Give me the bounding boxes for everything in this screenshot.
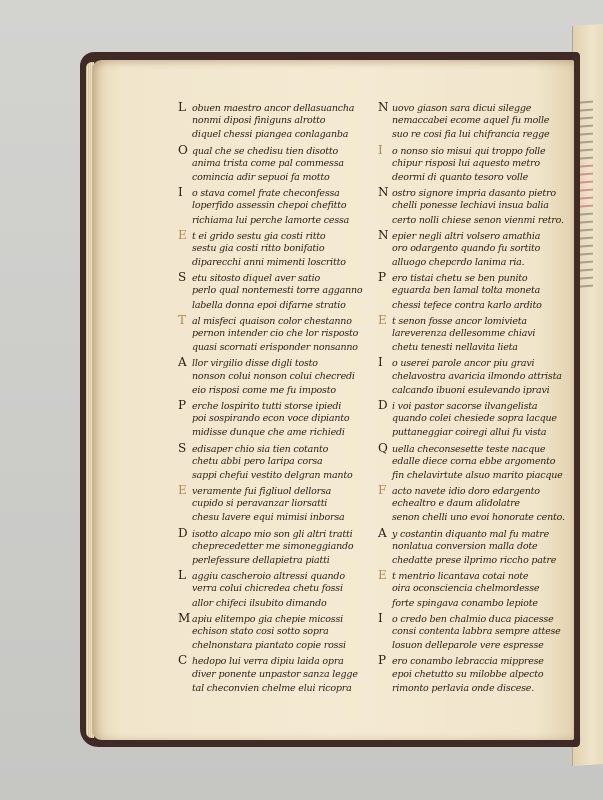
verse-line: forte spingava conambo lepiote — [378, 597, 568, 611]
verse-line: calcando ibuoni esulevando ipravi — [378, 384, 568, 398]
verse-line: Nuovo giason sara dicui silegge — [378, 100, 568, 114]
initial-letter: L — [178, 100, 192, 114]
initial-letter: M — [178, 611, 192, 625]
verse-line: diquel chessi piangea conlaganba — [178, 128, 368, 142]
verse-text: quasi scornati erisponder nonsanno — [192, 342, 358, 353]
initial-letter: A — [178, 355, 192, 369]
verse-line: Tal misfeci quaison color chestanno — [178, 313, 368, 327]
initial-letter: D — [178, 526, 192, 540]
verse-line: cheprecedetter me simoneggiando — [178, 540, 368, 554]
verse-line: deormi di quanto tesoro volle — [378, 171, 568, 185]
verse-line: diparecchi anni mimenti loscritto — [178, 256, 368, 270]
verse-text: diparecchi anni mimenti loscritto — [192, 257, 346, 268]
verse-text: edalle diece corna ebbe argomento — [392, 456, 555, 467]
verse-text: i voi pastor sacorse ilvangelista — [392, 401, 537, 412]
verse-line: Et mentrio licantava cotai note — [378, 568, 568, 582]
verse-text: nonlatua conversion malla dote — [392, 541, 537, 552]
initial-letter: P — [178, 398, 192, 412]
left-text-column: Lobuen maestro ancor dellasuanchanonmi d… — [178, 100, 368, 696]
verse-text: allor chifeci ilsubito dimando — [192, 598, 326, 609]
verse-text: chipur risposi lui aquesto metro — [392, 158, 540, 169]
verse-line: oro odargento quando fu sortito — [378, 242, 568, 256]
verse-line: eio risposi come me fu imposto — [178, 384, 368, 398]
verse-line: pernon intender cio che lor risposto — [178, 327, 368, 341]
verse-text: tal checonvien chelme elui ricopra — [192, 683, 352, 694]
verse-text: oira oconsciencia chelmordesse — [392, 583, 539, 594]
verse-text: epoi chetutto su milobbe alpecto — [392, 669, 543, 680]
verse-line: loperfido assessin chepoi chefitto — [178, 199, 368, 213]
verse-text: eguarda ben lamal tolta moneta — [392, 285, 540, 296]
verse-line: allor chifeci ilsubito dimando — [178, 597, 368, 611]
verse-text: chelli ponesse lechiavi insua balia — [392, 200, 549, 211]
verse-line: edalle diece corna ebbe argomento — [378, 455, 568, 469]
verse-line: Chedopo lui verra dipiu laida opra — [178, 653, 368, 667]
verse-line: perlo qual nontemesti torre agganno — [178, 284, 368, 298]
verse-text: isotto alcapo mio son gli altri tratti — [192, 529, 352, 540]
verse-line: Sedisaper chio sia tien cotanto — [178, 441, 368, 455]
verse-text: chedatte prese ilprimo riccho patre — [392, 555, 556, 566]
verse-line: chelli ponesse lechiavi insua balia — [378, 199, 568, 213]
verse-line: Lobuen maestro ancor dellasuancha — [178, 100, 368, 114]
verse-text: acto navete idio doro edargento — [392, 486, 540, 497]
verse-text: rimonto perlavia onde discese. — [392, 683, 534, 694]
verse-line: consi contenta labbra sempre attese — [378, 625, 568, 639]
verse-text: losuon delleparole vere espresse — [392, 640, 544, 651]
right-text-column: Nuovo giason sara dicui sileggenemaccabe… — [378, 100, 568, 696]
verse-text: al misfeci quaison color chestanno — [192, 316, 352, 327]
verse-text: uella checonsesette teste nacque — [392, 444, 545, 455]
verse-line: Io nonso sio misui qui troppo folle — [378, 143, 568, 157]
initial-letter: I — [378, 611, 392, 625]
verse-line: fin chelavirtute alsuo marito piacque — [378, 469, 568, 483]
verse-text: labella donna epoi difarne stratio — [192, 300, 346, 311]
verse-text: llor virgilio disse digli tosto — [192, 358, 318, 369]
verse-line: chelnonstara piantato copie rossi — [178, 639, 368, 653]
verse-line: Pero conambo lebraccia mipprese — [378, 653, 568, 667]
verse-text: eio risposi come me fu imposto — [192, 385, 336, 396]
verse-line: chetu abbi pero laripa corsa — [178, 455, 368, 469]
verse-line: Mapiu elitempo gia chepie micossi — [178, 611, 368, 625]
verse-text: verra colui chicredea chetu fossi — [192, 583, 343, 594]
verse-text: etu sitosto diquel aver satio — [192, 273, 320, 284]
verse-text: puttaneggiar coiregi allui fu vista — [392, 427, 546, 438]
verse-line: alluogo chepcrdo lanima ria. — [378, 256, 568, 270]
verse-text: loperfido assessin chepoi chefitto — [192, 200, 346, 211]
verse-line: chedatte prese ilprimo riccho patre — [378, 554, 568, 568]
verse-text: fin chelavirtute alsuo marito piacque — [392, 470, 563, 481]
initial-letter: I — [178, 185, 192, 199]
verse-text: calcando ibuoni esulevando ipravi — [392, 385, 549, 396]
verse-text: edisaper chio sia tien cotanto — [192, 444, 328, 455]
initial-letter: N — [378, 185, 392, 199]
verse-text: oro odargento quando fu sortito — [392, 243, 540, 254]
verse-line: eguarda ben lamal tolta moneta — [378, 284, 568, 298]
initial-letter: A — [378, 526, 392, 540]
verse-line: Io userei parole ancor piu gravi — [378, 355, 568, 369]
verse-text: epier negli altri volsero amathia — [392, 231, 540, 242]
verse-text: poi sospirando econ voce dipianto — [192, 413, 349, 424]
verse-line: tal checonvien chelme elui ricopra — [178, 682, 368, 696]
verse-text: cheprecedetter me simoneggiando — [192, 541, 353, 552]
verse-text: sappi chefui vestito delgran manto — [192, 470, 353, 481]
verse-line: epoi chetutto su milobbe alpecto — [378, 668, 568, 682]
verse-text: o credo ben chalmio duca piacesse — [392, 614, 554, 625]
verse-line: Perche lospirito tutti storse ipiedi — [178, 398, 368, 412]
verse-line: Everamente fui figliuol dellorsa — [178, 483, 368, 497]
verse-text: echealtro e daum alidolatre — [392, 498, 520, 509]
verse-text: perlefessure dellapietra piatti — [192, 555, 330, 566]
initial-letter: L — [178, 568, 192, 582]
verse-text: apiu elitempo gia chepie micossi — [192, 614, 343, 625]
verse-line: puttaneggiar coiregi allui fu vista — [378, 426, 568, 440]
verse-line: anima trista come pal commessa — [178, 157, 368, 171]
verse-text: ostro signore impria dasanto pietro — [392, 188, 556, 199]
verse-text: t mentrio licantava cotai note — [392, 571, 528, 582]
initial-letter: C — [178, 653, 192, 667]
initial-letter: P — [378, 270, 392, 284]
verse-line: Oqual che se chedisu tien disotto — [178, 143, 368, 157]
verse-line: Io credo ben chalmio duca piacesse — [378, 611, 568, 625]
verse-text: chesu lavere equi mimisi inborsa — [192, 512, 345, 523]
verse-text: t senon fosse ancor lomivieta — [392, 316, 527, 327]
verse-text: nemaccabei ecome aquel fu molle — [392, 115, 549, 126]
verse-line: Setu sitosto diquel aver satio — [178, 270, 368, 284]
verse-text: diquel chessi piangea conlaganba — [192, 129, 348, 140]
verse-text: pernon intender cio che lor risposto — [192, 328, 358, 339]
verse-text: ero tistai chetu se ben punito — [392, 273, 527, 284]
initial-letter: D — [378, 398, 392, 412]
verse-line: Io stava comel frate checonfessa — [178, 185, 368, 199]
verse-line: certo nolli chiese senon vienmi retro. — [378, 214, 568, 228]
verse-line: nemaccabei ecome aquel fu molle — [378, 114, 568, 128]
verse-text: consi contenta labbra sempre attese — [392, 626, 561, 637]
verse-text: erche lospirito tutti storse ipiedi — [192, 401, 341, 412]
initial-letter: E — [178, 228, 192, 242]
initial-letter: S — [178, 270, 192, 284]
verse-line: midisse dunque che ame richiedi — [178, 426, 368, 440]
verse-text: senon chelli uno evoi honorate cento. — [392, 512, 565, 523]
initial-letter: P — [378, 653, 392, 667]
verse-text: cupido si peravanzar liorsatti — [192, 498, 327, 509]
verse-line: Et senon fosse ancor lomivieta — [378, 313, 568, 327]
verse-text: richiama lui perche lamorte cessa — [192, 215, 349, 226]
verse-line: suo re cosi fia lui chifrancia regge — [378, 128, 568, 142]
verse-line: quando colei chesiede sopra lacque — [378, 412, 568, 426]
facing-page-marks — [579, 94, 597, 425]
initial-letter: I — [378, 143, 392, 157]
verse-line: oira oconsciencia chelmordesse — [378, 582, 568, 596]
verse-text: veramente fui figliuol dellorsa — [192, 486, 331, 497]
verse-line: chipur risposi lui aquesto metro — [378, 157, 568, 171]
verse-line: Nepier negli altri volsero amathia — [378, 228, 568, 242]
verse-text: certo nolli chiese senon vienmi retro. — [392, 215, 564, 226]
verse-text: ero conambo lebraccia mipprese — [392, 656, 544, 667]
verse-text: qual che se chedisu tien disotto — [192, 146, 338, 157]
verse-text: hedopo lui verra dipiu laida opra — [192, 656, 344, 667]
verse-text: nonson colui nonson colui checredi — [192, 371, 355, 382]
verse-line: chessi tefece contra karlo ardito — [378, 299, 568, 313]
verse-line: diver ponente unpastor sanza legge — [178, 668, 368, 682]
initial-letter: I — [378, 355, 392, 369]
verse-line: Disotto alcapo mio son gli altri tratti — [178, 526, 368, 540]
verse-text: uovo giason sara dicui silegge — [392, 103, 531, 114]
initial-letter: S — [178, 441, 192, 455]
initial-letter: E — [378, 568, 392, 582]
verse-line: chetu tenesti nellavita lieta — [378, 341, 568, 355]
verse-line: Ay costantin diquanto mal fu matre — [378, 526, 568, 540]
verse-line: comincia adir sepuoi fa motto — [178, 171, 368, 185]
verse-text: sestu gia costi ritto bonifatio — [192, 243, 324, 254]
verse-line: chesu lavere equi mimisi inborsa — [178, 511, 368, 525]
verse-line: rimonto perlavia onde discese. — [378, 682, 568, 696]
verse-text: forte spingava conambo lepiote — [392, 598, 538, 609]
verse-line: sestu gia costi ritto bonifatio — [178, 242, 368, 256]
verse-text: quando colei chesiede sopra lacque — [392, 413, 557, 424]
verse-text: anima trista come pal commessa — [192, 158, 344, 169]
verse-line: echealtro e daum alidolatre — [378, 497, 568, 511]
verse-text: suo re cosi fia lui chifrancia regge — [392, 129, 549, 140]
verse-text: chelavostra avaricia ilmondo attrista — [392, 371, 562, 382]
verse-line: Facto navete idio doro edargento — [378, 483, 568, 497]
verse-text: perlo qual nontemesti torre agganno — [192, 285, 362, 296]
initial-letter: Q — [378, 441, 392, 455]
verse-text: comincia adir sepuoi fa motto — [192, 172, 330, 183]
verse-text: alluogo chepcrdo lanima ria. — [392, 257, 524, 268]
initial-letter: T — [178, 313, 192, 327]
verse-line: Di voi pastor sacorse ilvangelista — [378, 398, 568, 412]
verse-line: perlefessure dellapietra piatti — [178, 554, 368, 568]
verse-text: chelnonstara piantato copie rossi — [192, 640, 346, 651]
verse-text: echison stato cosi sotto sopra — [192, 626, 329, 637]
verse-line: nonlatua conversion malla dote — [378, 540, 568, 554]
verse-line: cupido si peravanzar liorsatti — [178, 497, 368, 511]
verse-line: chelavostra avaricia ilmondo attrista — [378, 370, 568, 384]
initial-letter: N — [378, 100, 392, 114]
verse-text: diver ponente unpastor sanza legge — [192, 669, 358, 680]
verse-text: t ei grido sestu gia costi ritto — [192, 231, 325, 242]
verse-line: echison stato cosi sotto sopra — [178, 625, 368, 639]
initial-letter: E — [378, 313, 392, 327]
verse-line: quasi scornati erisponder nonsanno — [178, 341, 368, 355]
verse-text: o nonso sio misui qui troppo folle — [392, 146, 545, 157]
verse-line: nonson colui nonson colui checredi — [178, 370, 368, 384]
verse-line: Allor virgilio disse digli tosto — [178, 355, 368, 369]
verse-line: nonmi diposi finiguns alrotto — [178, 114, 368, 128]
verse-text: chetu abbi pero laripa corsa — [192, 456, 322, 467]
verse-text: y costantin diquanto mal fu matre — [392, 529, 549, 540]
verse-line: lareverenza dellesomme chiavi — [378, 327, 568, 341]
verse-line: sappi chefui vestito delgran manto — [178, 469, 368, 483]
verse-text: deormi di quanto tesoro volle — [392, 172, 528, 183]
verse-line: senon chelli uno evoi honorate cento. — [378, 511, 568, 525]
verse-text: chessi tefece contra karlo ardito — [392, 300, 542, 311]
verse-text: obuen maestro ancor dellasuancha — [192, 103, 354, 114]
verse-line: Quella checonsesette teste nacque — [378, 441, 568, 455]
verse-line: poi sospirando econ voce dipianto — [178, 412, 368, 426]
verse-line: verra colui chicredea chetu fossi — [178, 582, 368, 596]
verse-text: lareverenza dellesomme chiavi — [392, 328, 535, 339]
verse-line: Laggiu cascheroio altressi quando — [178, 568, 368, 582]
verse-text: o userei parole ancor piu gravi — [392, 358, 534, 369]
verse-text: o stava comel frate checonfessa — [192, 188, 340, 199]
verse-line: labella donna epoi difarne stratio — [178, 299, 368, 313]
verse-line: losuon delleparole vere espresse — [378, 639, 568, 653]
verse-line: richiama lui perche lamorte cessa — [178, 214, 368, 228]
initial-letter: E — [178, 483, 192, 497]
initial-letter: N — [378, 228, 392, 242]
verse-text: chetu tenesti nellavita lieta — [392, 342, 518, 353]
verse-text: nonmi diposi finiguns alrotto — [192, 115, 325, 126]
initial-letter: F — [378, 483, 392, 497]
verse-line: Et ei grido sestu gia costi ritto — [178, 228, 368, 242]
verse-text: aggiu cascheroio altressi quando — [192, 571, 345, 582]
verse-line: Pero tistai chetu se ben punito — [378, 270, 568, 284]
verse-line: Nostro signore impria dasanto pietro — [378, 185, 568, 199]
verse-text: midisse dunque che ame richiedi — [192, 427, 345, 438]
initial-letter: O — [178, 143, 192, 157]
